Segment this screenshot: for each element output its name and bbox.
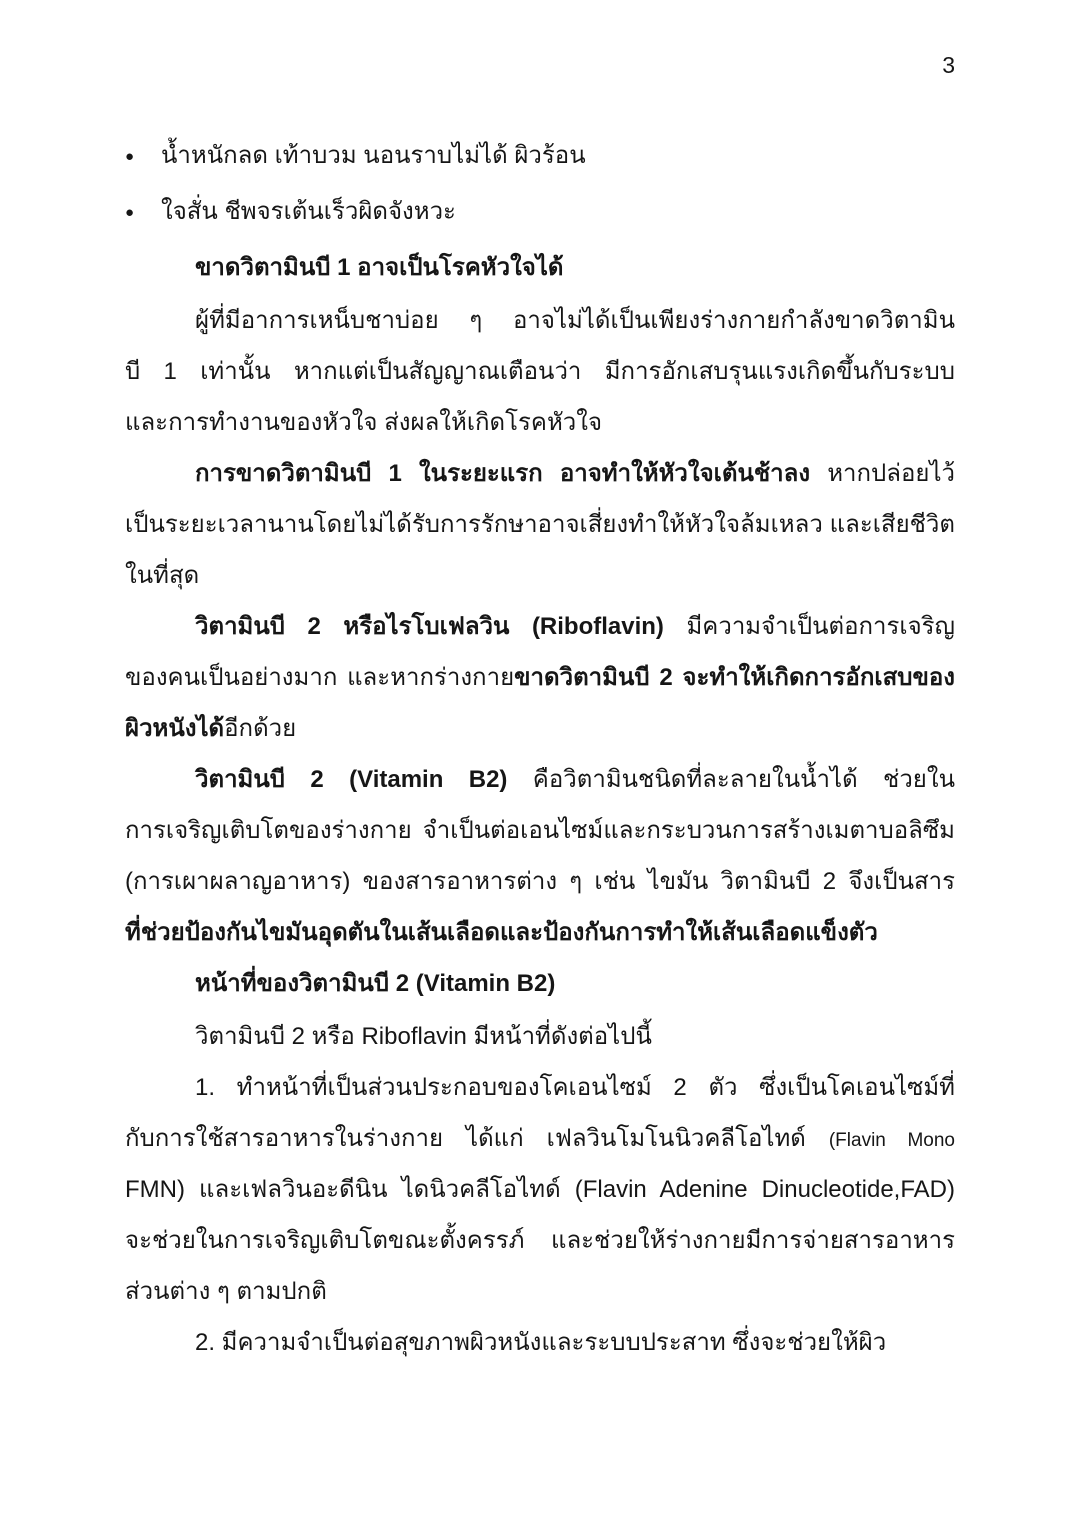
text-line: กับการใช้สารอาหารในร่างกาย ได้แก่ เฟลวิน…	[125, 1113, 955, 1164]
bullet-icon: ●	[125, 131, 161, 181]
text-line: (การเผาผลาญอาหาร) ของสารอาหารต่าง ๆ เช่น…	[125, 856, 955, 907]
text-line: ที่ช่วยป้องกันไขมันอุดตันในเส้นเลือดและป…	[125, 907, 955, 958]
heading-line: ขาดวิตามินบี 1 อาจเป็นโรคหัวใจได้	[125, 242, 955, 293]
text-line: วิตามินบี 2 หรือ Riboflavin มีหน้าที่ดัง…	[125, 1011, 955, 1062]
text-line: ของคนเป็นอย่างมาก และหากร่างกายขาดวิตามิ…	[125, 652, 955, 703]
text-line: วิตามินบี 2 หรือไรโบเฟลวิน (Riboflavin) …	[125, 601, 955, 652]
text-line: จะช่วยในการเจริญเติบโตขณะตั้งครรภ์ และช่…	[125, 1215, 955, 1266]
bullet-icon: ●	[125, 187, 161, 237]
document-page: 3 ●น้ำหนักลด เท้าบวม นอนราบไม่ได้ ผิวร้อ…	[0, 0, 1076, 1522]
text-run: FMN) และเฟลวินอะดีนิน ไดนิวคลีโอไทด์ (Fl…	[125, 1176, 955, 1215]
text-run: จะช่วยในการเจริญเติบโตขณะตั้งครรภ์ และช่…	[125, 1227, 955, 1266]
text-run: กับการใช้สารอาหารในร่างกาย ได้แก่ เฟลวิน…	[125, 1125, 829, 1152]
text-line: ในที่สุด	[125, 550, 955, 601]
text-run: และการทำงานของหัวใจ ส่งผลให้เกิดโรคหัวใจ	[125, 409, 602, 436]
text-line: เป็นระยะเวลานานโดยไม่ได้รับการรักษาอาจเส…	[125, 499, 955, 550]
bullet-item: ●ใจสั่น ชีพจรเต้นเร็วผิดจังหวะ	[125, 186, 955, 237]
text-run: ส่วนต่าง ๆ ตามปกติ	[125, 1278, 327, 1305]
text-run: วิตามินบี 2 (Vitamin B2)	[195, 766, 507, 793]
text-run: การเจริญเติบโตของร่างกาย จำเป็นต่อเอนไซม…	[125, 817, 955, 844]
text-run: ของคนเป็นอย่างมาก และหากร่างกาย	[125, 664, 514, 691]
text-run: 2. มีความจำเป็นต่อสุขภาพผิวหนังและระบบปร…	[195, 1329, 886, 1368]
text-run: ขาดวิตามินบี 1 อาจเป็นโรคหัวใจได้	[195, 254, 564, 281]
text-run: อีกด้วย	[224, 715, 296, 742]
text-line: การเจริญเติบโตของร่างกาย จำเป็นต่อเอนไซม…	[125, 805, 955, 856]
text-run: หากปล่อยไว้	[810, 460, 955, 487]
text-run: ผู้ที่มีอาการเหน็บชาบ่อย ๆ อาจไม่ได้เป็น…	[195, 307, 955, 334]
text-line: ผิวหนังได้อีกด้วย	[125, 703, 955, 754]
heading-line: หน้าที่ของวิตามินบี 2 (Vitamin B2)	[125, 958, 955, 1009]
text-line: วิตามินบี 2 (Vitamin B2) คือวิตามินชนิดท…	[125, 754, 955, 805]
text-line: 1. ทำหน้าที่เป็นส่วนประกอบของโคเอนไซม์ 2…	[125, 1062, 955, 1113]
text-run: ในที่สุด	[125, 562, 199, 589]
text-run: คือวิตามินชนิดที่ละลายในน้ำได้ ช่วยใน	[507, 766, 955, 793]
text-run: วิตามินบี 2 หรือไรโบเฟลวิน (Riboflavin)	[195, 613, 664, 640]
text-run: ผิวหนังได้	[125, 715, 224, 742]
text-line: ผู้ที่มีอาการเหน็บชาบ่อย ๆ อาจไม่ได้เป็น…	[125, 295, 955, 346]
text-run: วิตามินบี 2 หรือ Riboflavin มีหน้าที่ดัง…	[195, 1023, 652, 1050]
text-run: การขาดวิตามินบี 1 ในระยะแรก อาจทำให้หัวใ…	[195, 460, 810, 487]
text-run: น้ำหนักลด เท้าบวม นอนราบไม่ได้ ผิวร้อน	[161, 142, 586, 169]
text-line: และการทำงานของหัวใจ ส่งผลให้เกิดโรคหัวใจ	[125, 397, 955, 448]
text-run: ที่ช่วยป้องกันไขมันอุดตันในเส้นเลือดและป…	[125, 919, 878, 946]
text-run: ใจสั่น ชีพจรเต้นเร็วผิดจังหวะ	[161, 198, 456, 225]
text-run: เป็นระยะเวลานานโดยไม่ได้รับการรักษาอาจเส…	[125, 511, 955, 538]
bullet-item: ●น้ำหนักลด เท้าบวม นอนราบไม่ได้ ผิวร้อน	[125, 130, 955, 181]
page-number: 3	[942, 52, 955, 79]
document-content: ●น้ำหนักลด เท้าบวม นอนราบไม่ได้ ผิวร้อน●…	[125, 130, 955, 1368]
text-run: ขาดวิตามินบี 2 จะทำให้เกิดการอักเสบของ	[514, 664, 955, 691]
text-line: 2. มีความจำเป็นต่อสุขภาพผิวหนังและระบบปร…	[125, 1317, 955, 1368]
text-line: FMN) และเฟลวินอะดีนิน ไดนิวคลีโอไทด์ (Fl…	[125, 1164, 955, 1215]
text-run: (การเผาผลาญอาหาร) ของสารอาหารต่าง ๆ เช่น…	[125, 868, 955, 907]
text-run: หน้าที่ของวิตามินบี 2 (Vitamin B2)	[195, 970, 555, 997]
text-line: บี 1 เท่านั้น หากแต่เป็นสัญญาณเตือนว่า ม…	[125, 346, 955, 397]
text-line: การขาดวิตามินบี 1 ในระยะแรก อาจทำให้หัวใ…	[125, 448, 955, 499]
text-run: 1. ทำหน้าที่เป็นส่วนประกอบของโคเอนไซม์ 2…	[195, 1074, 955, 1113]
text-run: บี 1 เท่านั้น หากแต่เป็นสัญญาณเตือนว่า ม…	[125, 358, 955, 397]
text-line: ส่วนต่าง ๆ ตามปกติ	[125, 1266, 955, 1317]
